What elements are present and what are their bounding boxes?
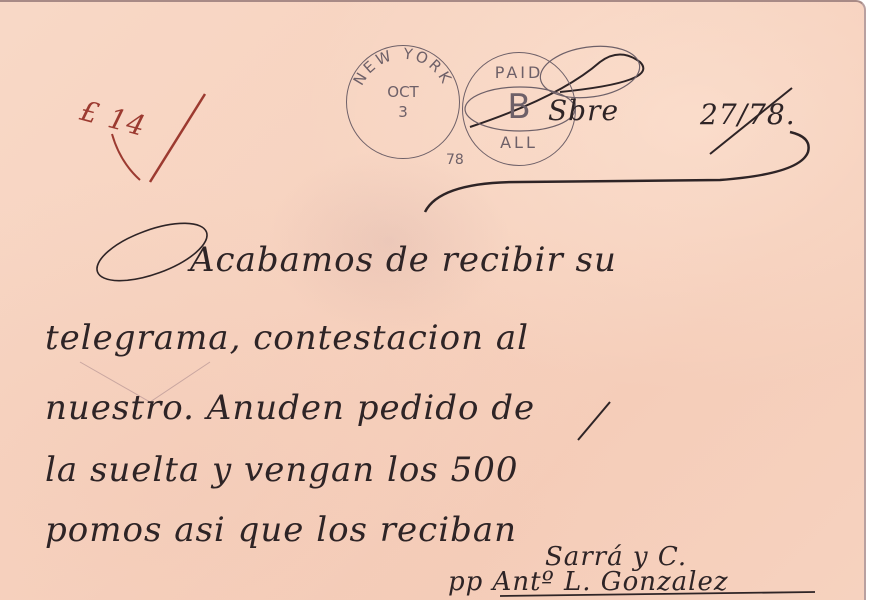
body-line-5: pomos asi que los reciban: [45, 510, 517, 550]
dateline-month: Sbre: [548, 94, 619, 127]
body-line-1: Acabamos de recibir su: [190, 240, 617, 280]
postmark-new-york: NEW YORK OCT 3: [346, 45, 460, 159]
postcard: NEW YORK OCT 3 PAID B ALL 78 £ 14 Sbre 2…: [0, 0, 866, 600]
margin-note: £ 14: [77, 94, 150, 143]
signature-per: pp Antº L. Gonzalez: [448, 567, 729, 597]
postmark-all-text: ALL: [463, 135, 575, 151]
dateline-date: 27/78.: [700, 98, 796, 131]
postmark-paid-text: PAID: [463, 65, 575, 81]
body-line-4: la suelta y vengan los 500: [45, 450, 519, 490]
postmark-day: 3: [347, 104, 459, 120]
postmark-month: OCT: [347, 84, 459, 100]
body-line-3: nuestro. Anuden pedido de: [45, 388, 535, 428]
body-line-2: telegrama, contestacion al: [45, 318, 529, 358]
postmark-year: 78: [446, 152, 464, 168]
postmark-arc-text: NEW YORK: [347, 46, 459, 158]
